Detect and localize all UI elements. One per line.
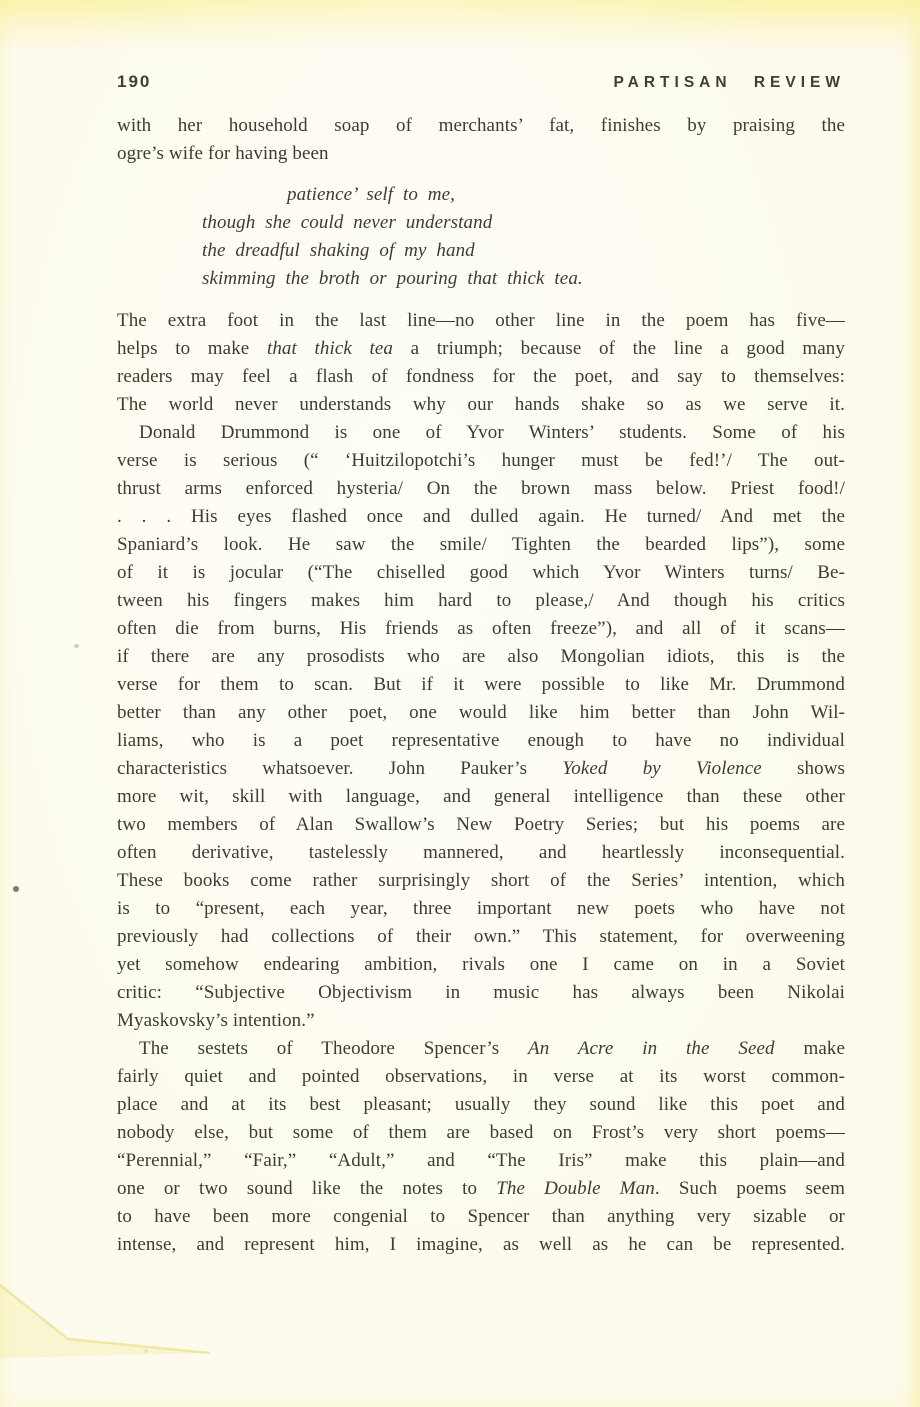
text-segment: These books come rather surprisingly sho… bbox=[117, 870, 845, 891]
text-line: The world never understands why our hand… bbox=[117, 391, 845, 419]
text-segment: verse for them to scan. But if it were p… bbox=[117, 674, 845, 695]
text-segment: Myaskovsky’s intention.” bbox=[117, 1010, 315, 1031]
text-segment: helps to make bbox=[117, 338, 267, 359]
scan-speck-faint bbox=[144, 1349, 148, 1353]
text-segment: previously had collections of their own.… bbox=[117, 926, 845, 947]
text-line: thrust arms enforced hysteria/ On the br… bbox=[117, 475, 845, 503]
verse-block: patience’ self to me,though she could ne… bbox=[202, 181, 845, 293]
text-line: fairly quiet and pointed observations, i… bbox=[117, 1063, 845, 1091]
text-segment: the dreadful shaking of my hand bbox=[202, 240, 475, 261]
text-line: to have been more congenial to Spencer t… bbox=[117, 1203, 845, 1231]
text-line: intense, and represent him, I imagine, a… bbox=[117, 1231, 845, 1259]
text-segment: The world never understands why our hand… bbox=[117, 394, 845, 415]
page-number: 190 bbox=[117, 72, 151, 92]
text-line: helps to make that thick tea a triumph; … bbox=[117, 335, 845, 363]
text-segment: a triumph; because of the line a good ma… bbox=[393, 338, 845, 359]
text-line: Spaniard’s look. He saw the smile/ Tight… bbox=[117, 531, 845, 559]
text-line: is to “present, each year, three importa… bbox=[117, 895, 845, 923]
text-segment: one or two sound like the notes to bbox=[117, 1178, 496, 1199]
italic-text: An Acre in the Seed bbox=[528, 1038, 775, 1059]
running-header: 190 PARTISAN REVIEW bbox=[117, 72, 845, 92]
text-segment: . . . His eyes flashed once and dulled a… bbox=[117, 506, 845, 527]
text-line: with her household soap of merchants’ fa… bbox=[117, 112, 845, 140]
text-line: ogre’s wife for having been bbox=[117, 140, 845, 168]
text-segment: Donald Drummond is one of Yvor Winters’ … bbox=[139, 422, 845, 443]
text-segment: readers may feel a flash of fondness for… bbox=[117, 366, 845, 387]
text-line: verse for them to scan. But if it were p… bbox=[117, 671, 845, 699]
paragraph: with her household soap of merchants’ fa… bbox=[117, 112, 845, 168]
text-line: Donald Drummond is one of Yvor Winters’ … bbox=[117, 419, 845, 447]
text-line: . . . His eyes flashed once and dulled a… bbox=[117, 503, 845, 531]
paragraph: The sestets of Theodore Spencer’s An Acr… bbox=[117, 1035, 845, 1259]
text-line: liams, who is a poet representative enou… bbox=[117, 727, 845, 755]
text-line: often derivative, tastelessly mannered, … bbox=[117, 839, 845, 867]
journal-title: PARTISAN REVIEW bbox=[613, 74, 845, 92]
text-segment: fairly quiet and pointed observations, i… bbox=[117, 1066, 845, 1087]
text-segment: if there are any prosodists who are also… bbox=[117, 646, 845, 667]
text-segment: tween his fingers makes him hard to plea… bbox=[117, 590, 845, 611]
text-line: of it is jocular (“The chiselled good wh… bbox=[117, 559, 845, 587]
text-segment: “Perennial,” “Fair,” “Adult,” and “The I… bbox=[117, 1150, 845, 1171]
text-line: readers may feel a flash of fondness for… bbox=[117, 363, 845, 391]
ink-speck bbox=[13, 886, 19, 892]
text-segment: skimming the broth or pouring that thick… bbox=[202, 268, 583, 289]
text-segment: thrust arms enforced hysteria/ On the br… bbox=[117, 478, 845, 499]
text-line: characteristics whatsoever. John Pauker’… bbox=[117, 755, 845, 783]
text-line: previously had collections of their own.… bbox=[117, 923, 845, 951]
text-line: The extra foot in the last line—no other… bbox=[117, 307, 845, 335]
italic-text: that thick tea bbox=[267, 338, 393, 359]
scan-speck bbox=[74, 644, 79, 648]
text-line: patience’ self to me, bbox=[202, 181, 845, 209]
text-line: one or two sound like the notes to The D… bbox=[117, 1175, 845, 1203]
text-line: Myaskovsky’s intention.” bbox=[117, 1007, 845, 1035]
text-segment: more wit, skill with language, and gener… bbox=[117, 786, 845, 807]
text-segment: to have been more congenial to Spencer t… bbox=[117, 1206, 845, 1227]
text-segment: Spaniard’s look. He saw the smile/ Tight… bbox=[117, 534, 845, 555]
text-line: “Perennial,” “Fair,” “Adult,” and “The I… bbox=[117, 1147, 845, 1175]
text-segment: make bbox=[775, 1038, 845, 1059]
page-fold-mark bbox=[0, 1283, 220, 1358]
text-line: though she could never understand bbox=[202, 209, 845, 237]
text-line: The sestets of Theodore Spencer’s An Acr… bbox=[117, 1035, 845, 1063]
text-line: critic: “Subjective Objectivism in music… bbox=[117, 979, 845, 1007]
text-segment: patience’ self to me, bbox=[287, 184, 455, 205]
text-line: better than any other poet, one would li… bbox=[117, 699, 845, 727]
page-body: with her household soap of merchants’ fa… bbox=[117, 112, 845, 1259]
text-segment: ogre’s wife for having been bbox=[117, 143, 329, 164]
italic-text: The Double Man bbox=[496, 1178, 655, 1199]
text-line: often die from burns, His friends as oft… bbox=[117, 615, 845, 643]
text-line: skimming the broth or pouring that thick… bbox=[202, 265, 845, 293]
text-line: the dreadful shaking of my hand bbox=[202, 237, 845, 265]
text-segment: intense, and represent him, I imagine, a… bbox=[117, 1234, 845, 1255]
text-segment: The extra foot in the last line—no other… bbox=[117, 310, 845, 331]
text-segment: liams, who is a poet representative enou… bbox=[117, 730, 845, 751]
text-segment: shows bbox=[762, 758, 845, 779]
text-segment: characteristics whatsoever. John Pauker’… bbox=[117, 758, 562, 779]
text-line: nobody else, but some of them are based … bbox=[117, 1119, 845, 1147]
text-segment: place and at its best pleasant; usually … bbox=[117, 1094, 845, 1115]
text-segment: nobody else, but some of them are based … bbox=[117, 1122, 845, 1143]
text-line: These books come rather surprisingly sho… bbox=[117, 867, 845, 895]
text-segment: verse is serious (“ ‘Huitzilopotchi’s hu… bbox=[117, 450, 845, 471]
text-line: place and at its best pleasant; usually … bbox=[117, 1091, 845, 1119]
text-segment: with her household soap of merchants’ fa… bbox=[117, 115, 845, 136]
text-segment: is to “present, each year, three importa… bbox=[117, 898, 845, 919]
text-segment: yet somehow endearing ambition, rivals o… bbox=[117, 954, 845, 975]
text-line: yet somehow endearing ambition, rivals o… bbox=[117, 951, 845, 979]
text-line: tween his fingers makes him hard to plea… bbox=[117, 587, 845, 615]
text-line: verse is serious (“ ‘Huitzilopotchi’s hu… bbox=[117, 447, 845, 475]
text-segment: two members of Alan Swallow’s New Poetry… bbox=[117, 814, 845, 835]
text-segment: The sestets of Theodore Spencer’s bbox=[139, 1038, 528, 1059]
text-segment: often derivative, tastelessly mannered, … bbox=[117, 842, 845, 863]
text-segment: better than any other poet, one would li… bbox=[117, 702, 845, 723]
text-line: if there are any prosodists who are also… bbox=[117, 643, 845, 671]
text-segment: . Such poems seem bbox=[655, 1178, 845, 1199]
text-line: two members of Alan Swallow’s New Poetry… bbox=[117, 811, 845, 839]
paragraph: Donald Drummond is one of Yvor Winters’ … bbox=[117, 419, 845, 1035]
italic-text: Yoked by Violence bbox=[562, 758, 762, 779]
text-segment: often die from burns, His friends as oft… bbox=[117, 618, 845, 639]
text-segment: of it is jocular (“The chiselled good wh… bbox=[117, 562, 845, 583]
text-segment: though she could never understand bbox=[202, 212, 492, 233]
text-line: more wit, skill with language, and gener… bbox=[117, 783, 845, 811]
scanned-page: 190 PARTISAN REVIEW with her household s… bbox=[0, 0, 920, 1407]
text-segment: critic: “Subjective Objectivism in music… bbox=[117, 982, 845, 1003]
paragraph: The extra foot in the last line—no other… bbox=[117, 307, 845, 419]
